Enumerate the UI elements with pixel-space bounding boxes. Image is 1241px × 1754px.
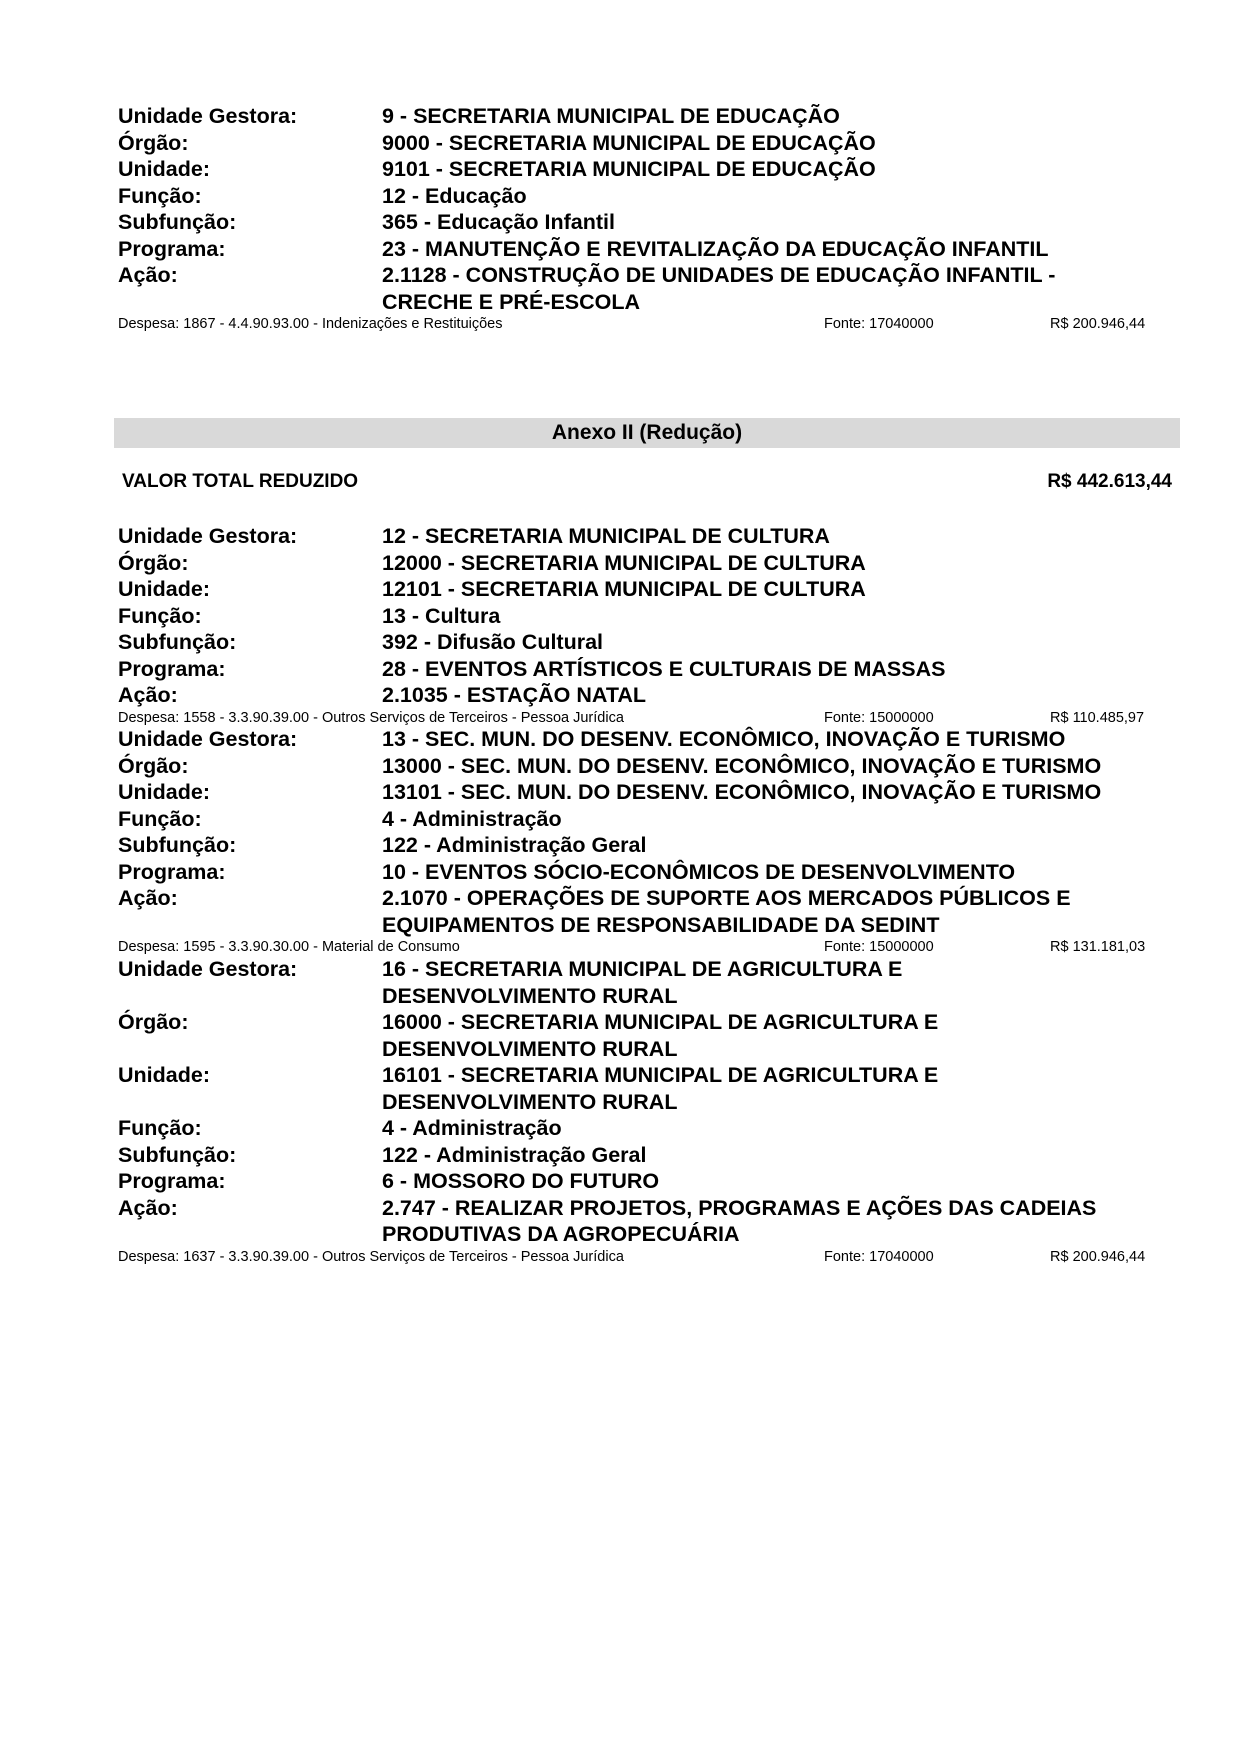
field-unidade-gestora: Unidade Gestora:9 - SECRETARIA MUNICIPAL… [118, 103, 1168, 130]
field-orgao: Órgão:16000 - SECRETARIA MUNICIPAL DE AG… [118, 1009, 1168, 1062]
field-value: 2.1035 - ESTAÇÃO NATAL [382, 682, 1168, 709]
field-unidade-gestora: Unidade Gestora:13 - SEC. MUN. DO DESENV… [118, 726, 1168, 753]
budget-block-educacao: Unidade Gestora:9 - SECRETARIA MUNICIPAL… [118, 103, 1168, 333]
field-subfuncao: Subfunção:365 - Educação Infantil [118, 209, 1168, 236]
field-value: 13 - Cultura [382, 603, 1168, 630]
field-subfuncao: Subfunção:392 - Difusão Cultural [118, 629, 1168, 656]
field-value: 12101 - SECRETARIA MUNICIPAL DE CULTURA [382, 576, 1168, 603]
despesa-valor: R$ 131.181,03 [1050, 938, 1168, 956]
field-label: Subfunção: [118, 209, 382, 236]
field-value: 392 - Difusão Cultural [382, 629, 1168, 656]
field-label: Órgão: [118, 550, 382, 577]
field-value: 9 - SECRETARIA MUNICIPAL DE EDUCAÇÃO [382, 103, 1168, 130]
field-label: Programa: [118, 1168, 382, 1195]
field-acao: Ação:2.747 - REALIZAR PROJETOS, PROGRAMA… [118, 1195, 1168, 1248]
despesa-text: Despesa: 1558 - 3.3.90.39.00 - Outros Se… [118, 709, 824, 727]
field-label: Ação: [118, 1195, 382, 1248]
despesa-fonte: Fonte: 15000000 [824, 709, 1050, 727]
field-value: 12 - Educação [382, 183, 1168, 210]
field-value: 9101 - SECRETARIA MUNICIPAL DE EDUCAÇÃO [382, 156, 1168, 183]
field-subfuncao: Subfunção:122 - Administração Geral [118, 832, 1168, 859]
field-orgao: Órgão:9000 - SECRETARIA MUNICIPAL DE EDU… [118, 130, 1168, 157]
field-unidade: Unidade:13101 - SEC. MUN. DO DESENV. ECO… [118, 779, 1168, 806]
budget-block-desenv-economico: Unidade Gestora:13 - SEC. MUN. DO DESENV… [118, 726, 1168, 956]
field-subfuncao: Subfunção:122 - Administração Geral [118, 1142, 1168, 1169]
field-value: 122 - Administração Geral [382, 832, 1168, 859]
field-value: 28 - EVENTOS ARTÍSTICOS E CULTURAIS DE M… [382, 656, 1168, 683]
despesa-fonte: Fonte: 17040000 [824, 1248, 1050, 1266]
field-value: 12000 - SECRETARIA MUNICIPAL DE CULTURA [382, 550, 1168, 577]
field-value: 13000 - SEC. MUN. DO DESENV. ECONÔMICO, … [382, 753, 1168, 780]
field-orgao: Órgão:13000 - SEC. MUN. DO DESENV. ECONÔ… [118, 753, 1168, 780]
despesa-line: Despesa: 1558 - 3.3.90.39.00 - Outros Se… [118, 709, 1168, 727]
budget-block-agricultura: Unidade Gestora:16 - SECRETARIA MUNICIPA… [118, 956, 1168, 1266]
field-label: Programa: [118, 236, 382, 263]
despesa-fonte: Fonte: 17040000 [824, 315, 1050, 333]
field-value: 6 - MOSSORO DO FUTURO [382, 1168, 1168, 1195]
total-value: R$ 442.613,44 [1047, 470, 1172, 494]
field-value: 10 - EVENTOS SÓCIO-ECONÔMICOS DE DESENVO… [382, 859, 1168, 886]
anexo-ii-header: Anexo II (Redução) [114, 418, 1180, 448]
field-label: Unidade: [118, 779, 382, 806]
field-label: Ação: [118, 885, 382, 938]
field-label: Função: [118, 1115, 382, 1142]
total-label: VALOR TOTAL REDUZIDO [122, 470, 358, 494]
field-funcao: Função:4 - Administração [118, 806, 1168, 833]
field-funcao: Função:4 - Administração [118, 1115, 1168, 1142]
field-label: Ação: [118, 262, 382, 315]
despesa-fonte: Fonte: 15000000 [824, 938, 1050, 956]
field-label: Unidade: [118, 156, 382, 183]
field-label: Órgão: [118, 130, 382, 157]
field-programa: Programa:23 - MANUTENÇÃO E REVITALIZAÇÃO… [118, 236, 1168, 263]
field-acao: Ação:2.1070 - OPERAÇÕES DE SUPORTE AOS M… [118, 885, 1168, 938]
field-value: 2.1128 - CONSTRUÇÃO DE UNIDADES DE EDUCA… [382, 262, 1168, 315]
despesa-valor: R$ 200.946,44 [1050, 1248, 1168, 1266]
despesa-text: Despesa: 1867 - 4.4.90.93.00 - Indenizaç… [118, 315, 824, 333]
field-value: 16101 - SECRETARIA MUNICIPAL DE AGRICULT… [382, 1062, 1168, 1115]
field-label: Unidade: [118, 1062, 382, 1115]
field-programa: Programa:10 - EVENTOS SÓCIO-ECONÔMICOS D… [118, 859, 1168, 886]
despesa-valor: R$ 110.485,97 [1050, 709, 1168, 727]
field-unidade-gestora: Unidade Gestora:16 - SECRETARIA MUNICIPA… [118, 956, 1168, 1009]
field-value: 16 - SECRETARIA MUNICIPAL DE AGRICULTURA… [382, 956, 1168, 1009]
field-acao: Ação:2.1128 - CONSTRUÇÃO DE UNIDADES DE … [118, 262, 1168, 315]
field-value: 13101 - SEC. MUN. DO DESENV. ECONÔMICO, … [382, 779, 1168, 806]
field-value: 365 - Educação Infantil [382, 209, 1168, 236]
field-value: 13 - SEC. MUN. DO DESENV. ECONÔMICO, INO… [382, 726, 1168, 753]
field-unidade: Unidade:16101 - SECRETARIA MUNICIPAL DE … [118, 1062, 1168, 1115]
field-value: 122 - Administração Geral [382, 1142, 1168, 1169]
field-value: 4 - Administração [382, 1115, 1168, 1142]
despesa-text: Despesa: 1637 - 3.3.90.39.00 - Outros Se… [118, 1248, 824, 1266]
field-label: Unidade Gestora: [118, 103, 382, 130]
field-value: 2.1070 - OPERAÇÕES DE SUPORTE AOS MERCAD… [382, 885, 1168, 938]
despesa-line: Despesa: 1867 - 4.4.90.93.00 - Indenizaç… [118, 315, 1168, 333]
valor-total-reduzido: VALOR TOTAL REDUZIDO R$ 442.613,44 [122, 470, 1172, 494]
field-label: Unidade Gestora: [118, 726, 382, 753]
field-label: Função: [118, 603, 382, 630]
field-value: 23 - MANUTENÇÃO E REVITALIZAÇÃO DA EDUCA… [382, 236, 1168, 263]
field-label: Programa: [118, 859, 382, 886]
field-label: Unidade: [118, 576, 382, 603]
field-label: Órgão: [118, 1009, 382, 1062]
field-label: Subfunção: [118, 629, 382, 656]
field-funcao: Função:12 - Educação [118, 183, 1168, 210]
field-value: 16000 - SECRETARIA MUNICIPAL DE AGRICULT… [382, 1009, 1168, 1062]
field-label: Ação: [118, 682, 382, 709]
field-label: Unidade Gestora: [118, 523, 382, 550]
field-label: Órgão: [118, 753, 382, 780]
field-programa: Programa:6 - MOSSORO DO FUTURO [118, 1168, 1168, 1195]
field-funcao: Função:13 - Cultura [118, 603, 1168, 630]
field-label: Subfunção: [118, 1142, 382, 1169]
field-label: Função: [118, 183, 382, 210]
field-label: Função: [118, 806, 382, 833]
field-label: Subfunção: [118, 832, 382, 859]
despesa-valor: R$ 200.946,44 [1050, 315, 1168, 333]
despesa-line: Despesa: 1595 - 3.3.90.30.00 - Material … [118, 938, 1168, 956]
field-unidade-gestora: Unidade Gestora:12 - SECRETARIA MUNICIPA… [118, 523, 1168, 550]
field-label: Unidade Gestora: [118, 956, 382, 1009]
despesa-line: Despesa: 1637 - 3.3.90.39.00 - Outros Se… [118, 1248, 1168, 1266]
field-orgao: Órgão:12000 - SECRETARIA MUNICIPAL DE CU… [118, 550, 1168, 577]
budget-block-cultura: Unidade Gestora:12 - SECRETARIA MUNICIPA… [118, 523, 1168, 727]
field-unidade: Unidade:9101 - SECRETARIA MUNICIPAL DE E… [118, 156, 1168, 183]
field-acao: Ação:2.1035 - ESTAÇÃO NATAL [118, 682, 1168, 709]
field-value: 9000 - SECRETARIA MUNICIPAL DE EDUCAÇÃO [382, 130, 1168, 157]
field-programa: Programa:28 - EVENTOS ARTÍSTICOS E CULTU… [118, 656, 1168, 683]
field-value: 12 - SECRETARIA MUNICIPAL DE CULTURA [382, 523, 1168, 550]
field-label: Programa: [118, 656, 382, 683]
despesa-text: Despesa: 1595 - 3.3.90.30.00 - Material … [118, 938, 824, 956]
field-unidade: Unidade:12101 - SECRETARIA MUNICIPAL DE … [118, 576, 1168, 603]
field-value: 4 - Administração [382, 806, 1168, 833]
field-value: 2.747 - REALIZAR PROJETOS, PROGRAMAS E A… [382, 1195, 1168, 1248]
